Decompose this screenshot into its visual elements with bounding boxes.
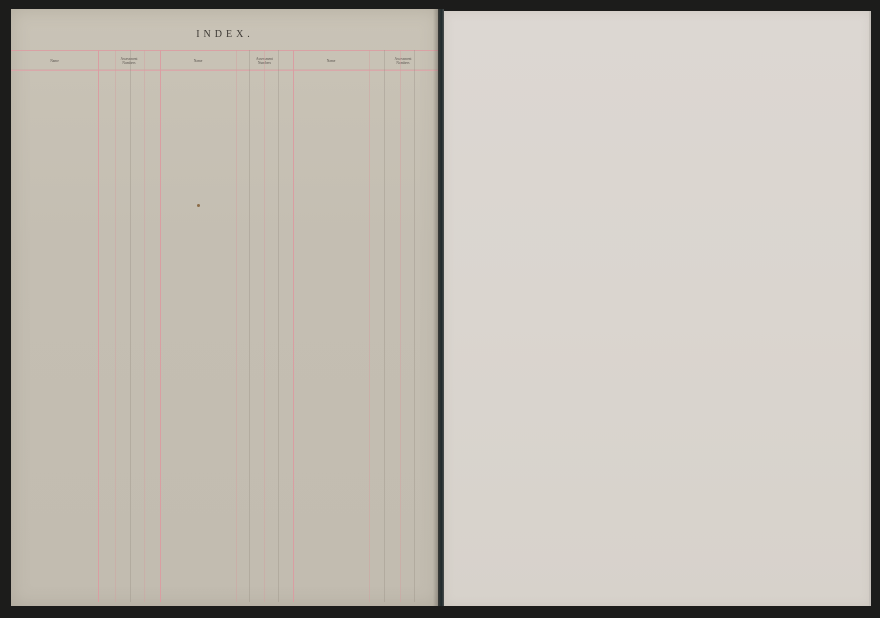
column-header-assessment-3: Assessment Numbers [369,51,437,70]
index-page: INDEX. Name Assessment Numbers Name Asse… [11,9,439,606]
column-header-name-2: Name [160,51,236,70]
index-title: INDEX. [11,29,439,40]
column-label: Name [327,59,336,63]
column-header-name-3: Name [293,51,369,70]
column-header-row: Name Assessment Numbers Name Assessment … [11,50,439,71]
column-label-line2: Numbers [396,61,409,65]
column-rule [115,50,116,602]
column-header-assessment-1: Assessment Numbers [98,51,160,70]
column-rule [414,50,415,602]
column-rule [384,50,385,602]
column-rule [236,50,237,602]
column-label-line2: Numbers [122,61,135,65]
column-rule [130,50,131,602]
header-sub-rule [11,69,439,70]
column-header-name-1: Name [11,51,98,70]
column-rule [369,50,370,602]
column-rule [293,50,294,602]
column-label: Name [50,59,59,63]
column-label: Name [194,59,203,63]
column-rule [264,50,265,602]
column-rule [160,50,161,602]
paper-stain [197,204,200,207]
column-rule [400,50,401,602]
column-rule [144,50,145,602]
column-rule [278,50,279,602]
blank-page [444,11,871,606]
column-rule [98,50,99,602]
column-rule [249,50,250,602]
